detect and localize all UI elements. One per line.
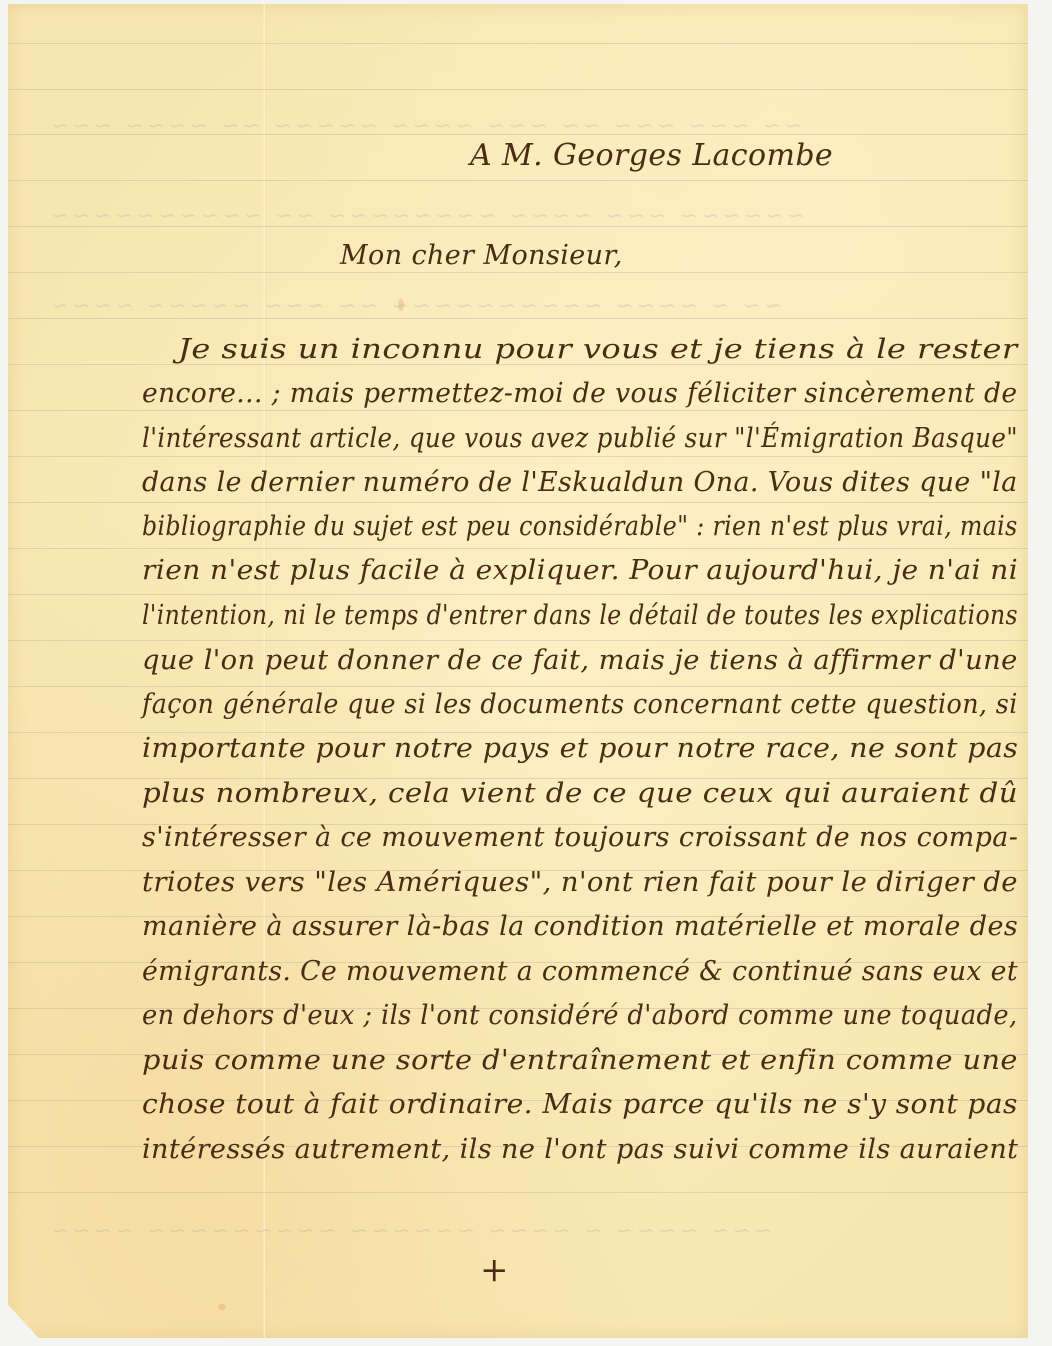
body-line-3: l'intéressant article, que vous avez pub… bbox=[142, 423, 1018, 454]
body-line-7: l'intention, ni le temps d'entrer dans l… bbox=[142, 600, 1018, 631]
ruled-line bbox=[8, 640, 1028, 641]
body-line-13: triotes vers "les Amériques", n'ont rien… bbox=[142, 867, 1018, 898]
ruled-line bbox=[8, 43, 1028, 44]
bleed-through-text: ~~~~~~ ~~~ ~~~~ ~~~~~~~~ ~~ ~~~~~~~~~~ bbox=[48, 204, 805, 229]
ruled-line bbox=[8, 89, 1028, 90]
body-line-11: plus nombreux, cela vient de ce que ceux… bbox=[142, 778, 1018, 809]
ruled-line bbox=[8, 502, 1028, 503]
body-line-16: en dehors d'eux ; ils l'ont considéré d'… bbox=[142, 1000, 1018, 1031]
bleed-through-text: ~~ ~ ~~~~ ~~~~~~~~~~ ~~ ~~~ ~~~~~ ~~~~ bbox=[48, 294, 782, 319]
body-line-18: chose tout à fait ordinaire. Mais parce … bbox=[142, 1089, 1018, 1120]
body-line-9: façon générale que si les documents conc… bbox=[142, 689, 1018, 720]
salutation-line: Mon cher Monsieur, bbox=[340, 240, 623, 271]
ruled-line bbox=[8, 594, 1028, 595]
ruled-line bbox=[8, 548, 1028, 549]
paper-stain bbox=[398, 299, 404, 311]
ruled-line bbox=[8, 1192, 1028, 1193]
body-line-2: encore... ; mais permettez-moi de vous f… bbox=[142, 378, 1018, 409]
body-line-19: intéressés autrement, ils ne l'ont pas s… bbox=[142, 1134, 1018, 1165]
ruled-line bbox=[8, 686, 1028, 687]
body-line-15: émigrants. Ce mouvement a commencé & con… bbox=[142, 956, 1018, 987]
body-line-10: importante pour notre pays et pour notre… bbox=[142, 733, 1018, 764]
page-continuation-mark: + bbox=[480, 1250, 509, 1290]
body-line-8: que l'on peut donner de ce fait, mais je… bbox=[142, 645, 1018, 676]
ruled-line bbox=[8, 272, 1028, 273]
ruled-line bbox=[8, 456, 1028, 457]
body-line-5: bibliographie du sujet est peu considéra… bbox=[142, 511, 1018, 542]
bleed-through-text: ~~~ ~~~~ ~ ~~~~ ~~~~~~ ~~~~~~~~~ ~~~~ bbox=[48, 1219, 772, 1244]
body-line-1: Je suis un inconnu pour vous et je tiens… bbox=[178, 334, 1018, 365]
ruled-line bbox=[8, 410, 1028, 411]
paper-stain bbox=[218, 1304, 226, 1310]
body-line-12: s'intéresser à ce mouvement toujours cro… bbox=[142, 822, 1018, 853]
body-line-17: puis comme une sorte d'entraînement et e… bbox=[142, 1045, 1018, 1076]
body-line-6: rien n'est plus facile à expliquer. Pour… bbox=[142, 555, 1018, 586]
bleed-through-text: ~~ ~~~ ~~~ ~~ ~~~ ~~~~ ~~~~~ ~~ ~~~~ ~~~ bbox=[48, 114, 802, 139]
addressee-line: A M. Georges Lacombe bbox=[470, 138, 833, 173]
body-line-14: manière à assurer là-bas la condition ma… bbox=[142, 911, 1018, 942]
body-line-4: dans le dernier numéro de l'Eskualdun On… bbox=[142, 467, 1018, 498]
ruled-line bbox=[8, 180, 1028, 181]
